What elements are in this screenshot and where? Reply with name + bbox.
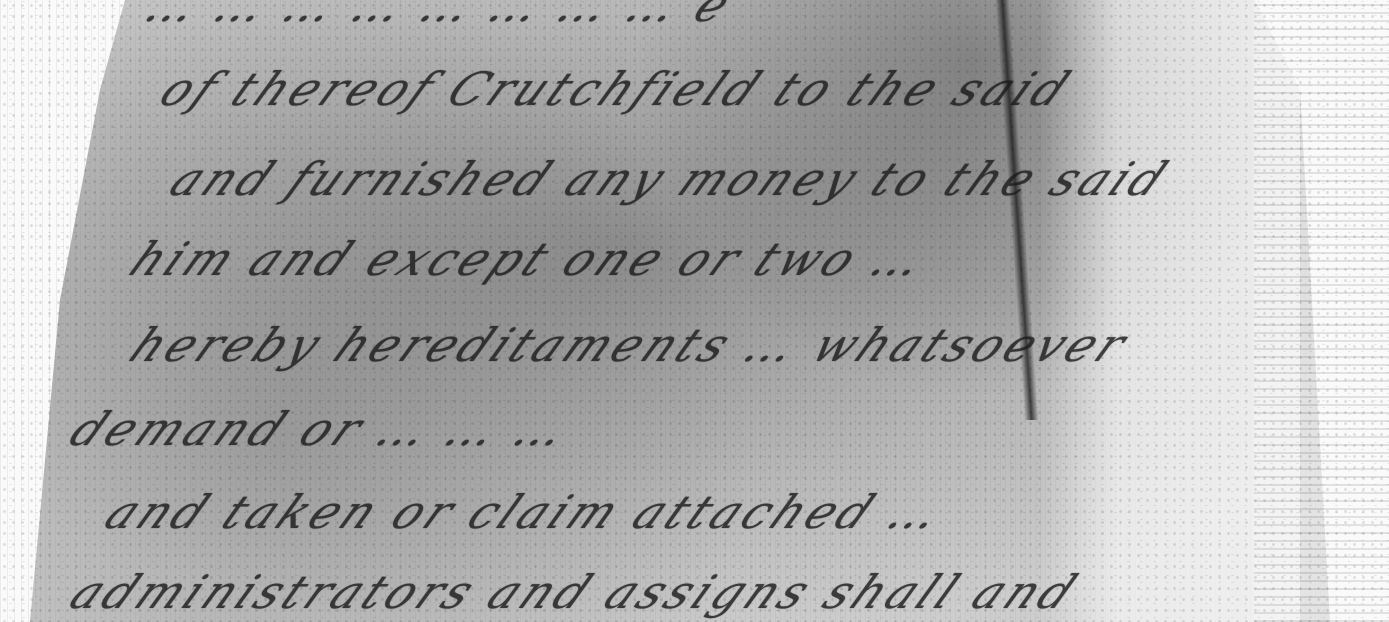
handwritten-line: him and except one or two … bbox=[121, 232, 940, 286]
handwritten-text: … … … … … … … … e of thereof Crutchfield… bbox=[0, 0, 1389, 622]
document-scan: … … … … … … … … e of thereof Crutchfield… bbox=[0, 0, 1389, 622]
handwritten-line: of thereof Crutchfield to the said bbox=[151, 62, 1083, 116]
handwritten-line: hereby hereditaments … whatsoever bbox=[121, 318, 1140, 372]
handwritten-line: and furnished any money to the said bbox=[161, 152, 1181, 206]
handwritten-line: administrators and assigns shall and bbox=[61, 565, 1090, 619]
handwritten-line: … … … … … … … … e bbox=[136, 0, 745, 32]
handwritten-line: and taken or claim attached … bbox=[96, 485, 957, 539]
handwritten-line: demand or … … … bbox=[61, 402, 583, 456]
